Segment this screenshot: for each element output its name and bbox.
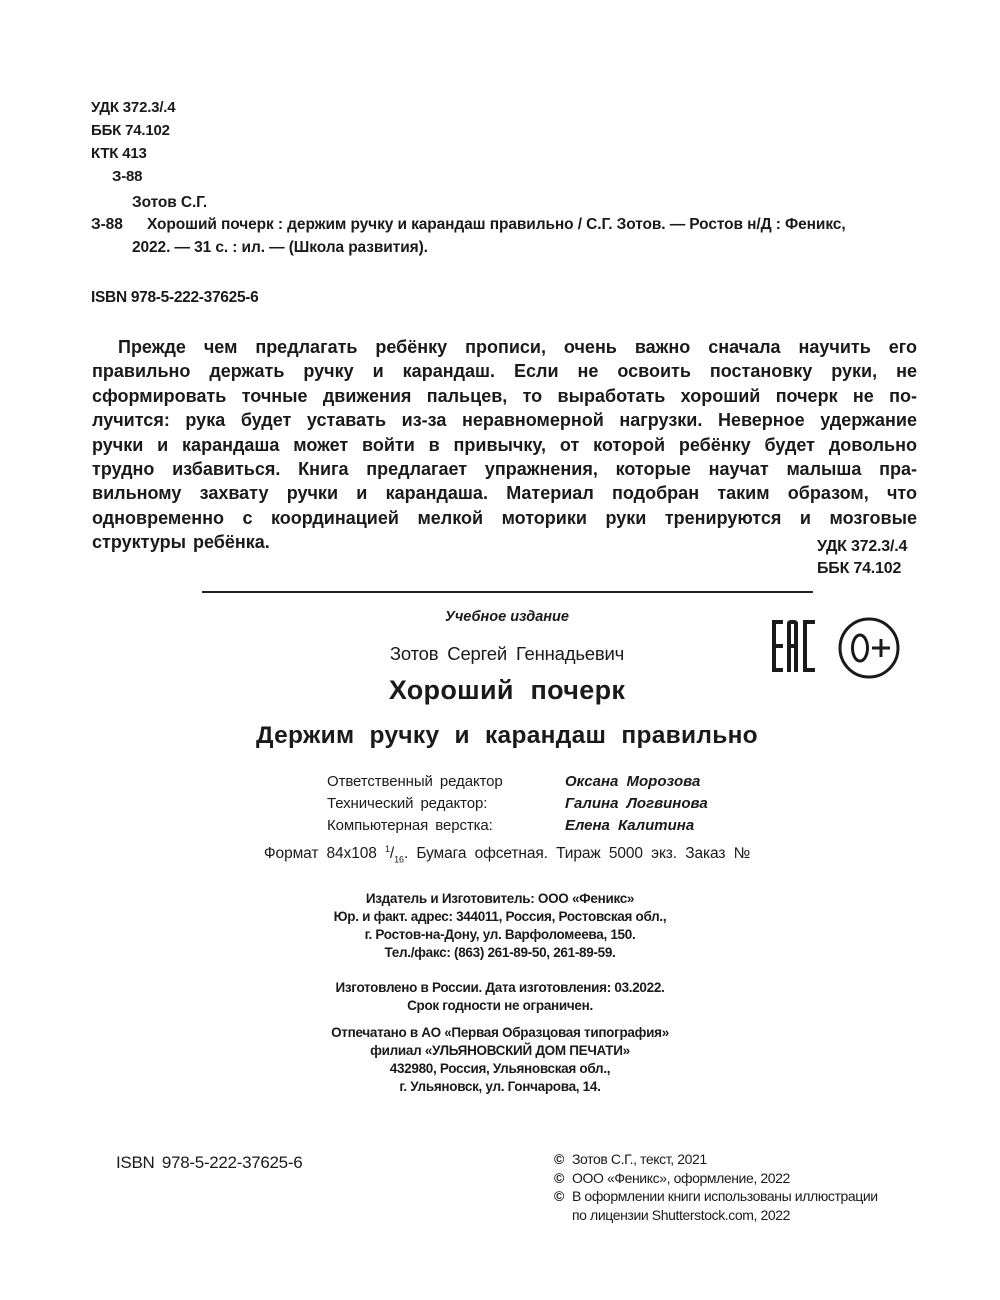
- annotation-line: Прежде чем предлагать ребёнку прописи, о…: [118, 335, 917, 359]
- publisher-block: Издатель и Изготовитель: ООО «Феникс» Юр…: [290, 890, 710, 962]
- printer-line: филиал «УЛЬЯНОВСКИЙ ДОМ ПЕЧАТИ»: [290, 1042, 710, 1060]
- annotation-line: вильному захвату ручки и карандаша. Мате…: [92, 481, 917, 505]
- credit-row: Технический редактор: Галина Логвинова: [327, 793, 708, 815]
- age-rating-icon: [838, 617, 900, 679]
- annotation-udk: УДК 372.3/.4: [817, 536, 907, 558]
- copyright-continuation: по лицензии Shutterstock.com, 2022: [572, 1206, 790, 1225]
- divider-rule: [202, 591, 813, 593]
- bib-author: Зотов С.Г.: [132, 192, 207, 214]
- format-fraction-num: 1: [385, 844, 390, 854]
- format-line: Формат 84x108 1/16. Бумага офсетная. Тир…: [200, 844, 814, 864]
- manufacture-line: Изготовлено в России. Дата изготовления:…: [290, 979, 710, 997]
- ktk-code: КТК 413: [91, 143, 147, 165]
- credit-name: Оксана Морозова: [565, 771, 700, 793]
- annotation-line: трудно избавиться. Книга предлагает упра…: [92, 457, 917, 481]
- copyright-icon: ©: [554, 1169, 572, 1188]
- credit-role: Ответственный редактор: [327, 771, 565, 793]
- copyright-icon: ©: [554, 1150, 572, 1169]
- copyright-row: © ООО «Феникс», оформление, 2022: [554, 1169, 878, 1188]
- copyright-row: по лицензии Shutterstock.com, 2022: [554, 1206, 878, 1225]
- annotation-line: лучится: рука будет уставать из-за нерав…: [92, 408, 917, 432]
- book-title: Хороший почерк: [200, 675, 814, 706]
- printer-line: г. Ульяновск, ул. Гончарова, 14.: [290, 1078, 710, 1096]
- publisher-line: Тел./факс: (863) 261-89-50, 261-89-59.: [290, 944, 710, 962]
- credit-name: Галина Логвинова: [565, 793, 708, 815]
- copyright-text: В оформлении книги использованы иллюстра…: [572, 1187, 878, 1206]
- credits-list: Ответственный редактор Оксана Морозова Т…: [327, 771, 708, 837]
- credit-row: Ответственный редактор Оксана Морозова: [327, 771, 708, 793]
- printer-line: Отпечатано в АО «Первая Образцовая типог…: [290, 1024, 710, 1042]
- annotation-line: структуры ребёнка.: [92, 530, 917, 554]
- annotation-line: правильно держать ручку и карандаш. Если…: [92, 359, 917, 383]
- isbn-bottom: ISBN 978-5-222-37625-6: [116, 1153, 302, 1173]
- copyright-icon: ©: [554, 1187, 572, 1206]
- annotation: Прежде чем предлагать ребёнку прописи, о…: [118, 335, 917, 555]
- author-full-name: Зотов Сергей Геннадьевич: [200, 643, 814, 665]
- credit-role: Технический редактор:: [327, 793, 565, 815]
- edition-type: Учебное издание: [200, 609, 814, 625]
- copyright-row: © Зотов С.Г., текст, 2021: [554, 1150, 878, 1169]
- copyright-text: Зотов С.Г., текст, 2021: [572, 1150, 707, 1169]
- printer-block: Отпечатано в АО «Первая Образцовая типог…: [290, 1024, 710, 1096]
- copyright-block: © Зотов С.Г., текст, 2021 © ООО «Феникс»…: [554, 1150, 878, 1224]
- manufacture-line: Срок годности не ограничен.: [290, 997, 710, 1015]
- author-mark: З-88: [112, 166, 142, 188]
- manufacture-block: Изготовлено в России. Дата изготовления:…: [290, 979, 710, 1015]
- udk-code: УДК 372.3/.4: [91, 97, 175, 119]
- annotation-line: одновременно с координацией мелкой мотор…: [92, 506, 917, 530]
- eac-mark-icon: [772, 620, 816, 672]
- credit-name: Елена Калитина: [565, 815, 694, 837]
- credit-role: Компьютерная верстка:: [327, 815, 565, 837]
- copyright-row: © В оформлении книги использованы иллюст…: [554, 1187, 878, 1206]
- annotation-bbk: ББК 74.102: [817, 558, 901, 580]
- annotation-line: ручки и карандаша может войти в привычку…: [92, 433, 917, 457]
- bib-line-2: 2022. — 31 с. : ил. — (Школа развития).: [132, 237, 428, 259]
- credit-row: Компьютерная верстка: Елена Калитина: [327, 815, 708, 837]
- format-fraction-den: 16: [394, 854, 404, 864]
- bib-mark: З-88: [91, 214, 123, 236]
- isbn-top: ISBN 978-5-222-37625-6: [91, 287, 258, 309]
- format-suffix: . Бумага офсетная. Тираж 5000 экз. Заказ…: [404, 845, 750, 862]
- printer-line: 432980, Россия, Ульяновская обл.,: [290, 1060, 710, 1078]
- publisher-line: Юр. и факт. адрес: 344011, Россия, Росто…: [290, 908, 710, 926]
- publisher-line: г. Ростов-на-Дону, ул. Варфоломеева, 150…: [290, 926, 710, 944]
- format-prefix: Формат 84x108: [264, 845, 377, 862]
- annotation-line: сформировать точные движения пальцев, то…: [92, 384, 917, 408]
- copyright-text: ООО «Феникс», оформление, 2022: [572, 1169, 790, 1188]
- bib-line-1: Хороший почерк : держим ручку и карандаш…: [147, 214, 846, 236]
- book-subtitle: Держим ручку и карандаш правильно: [190, 722, 824, 750]
- bbk-code: ББК 74.102: [91, 120, 170, 142]
- publisher-line: Издатель и Изготовитель: ООО «Феникс»: [290, 890, 710, 908]
